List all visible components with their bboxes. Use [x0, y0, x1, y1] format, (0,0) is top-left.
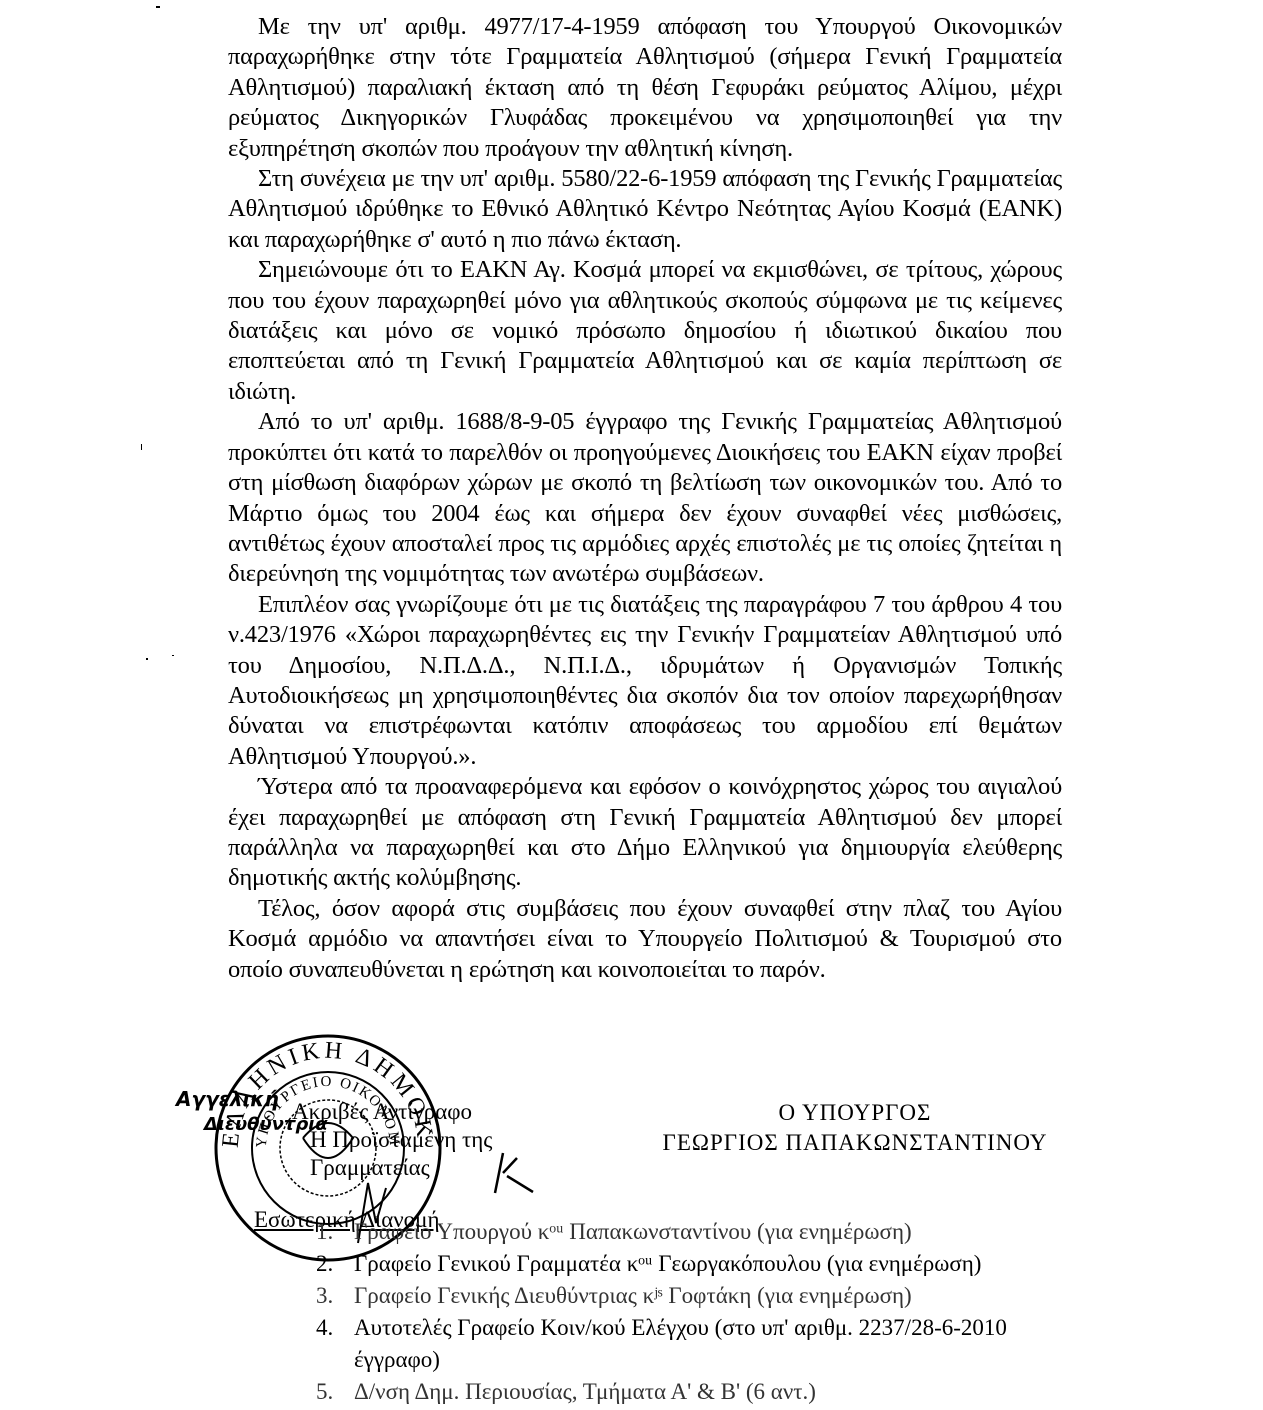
paragraph-6: Ύστερα από τα προαναφερόμενα και εφόσον …	[228, 772, 1062, 894]
paragraph-7: Τέλος, όσον αφορά στις συμβάσεις που έχο…	[228, 894, 1062, 985]
list-item: 5.Δ/νση Δημ. Περιουσίας, Τμήματα Α' & Β'…	[310, 1376, 1070, 1408]
scan-speck	[172, 655, 174, 656]
list-item: 2.Γραφείο Γενικού Γραμματέα κᵒᵘ Γεωργακό…	[310, 1248, 1070, 1280]
document-body: Με την υπ' αριθμ. 4977/17-4-1959 απόφαση…	[228, 12, 1062, 985]
certified-copy-label: Ακριβές Αντίγραφο	[232, 1098, 592, 1126]
minister-name: ΓΕΩΡΓΙΟΣ ΠΑΠΑΚΩΝΣΤΑΝΤΙΝΟΥ	[640, 1128, 1070, 1158]
paragraph-4: Από το υπ' αριθμ. 1688/8-9-05 έγγραφο τη…	[228, 407, 1062, 589]
scan-speck	[156, 6, 160, 8]
scanned-document-page: Με την υπ' αριθμ. 4977/17-4-1959 απόφαση…	[0, 0, 1263, 1410]
signature-initials-icon	[485, 1148, 545, 1198]
minister-signature-block: Ο ΥΠΟΥΡΓΟΣ ΓΕΩΡΓΙΟΣ ΠΑΠΑΚΩΝΣΤΑΝΤΙΝΟΥ	[640, 1098, 1070, 1158]
paragraph-5: Επιπλέον σας γνωρίζουμε ότι με τις διατά…	[228, 590, 1062, 772]
list-item: 1.Γραφείο Υπουργού κᵒᵘ Παπακωνσταντίνου …	[310, 1216, 1070, 1248]
scan-speck	[146, 658, 148, 660]
paragraph-2: Στη συνέχεια με την υπ' αριθμ. 5580/22-6…	[228, 164, 1062, 255]
scan-speck	[141, 444, 142, 450]
list-item: 3.Γραφείο Γενικής Διευθύντριας κʲˢ Γοφτά…	[310, 1280, 1070, 1312]
distribution-list: 1.Γραφείο Υπουργού κᵒᵘ Παπακωνσταντίνου …	[310, 1216, 1070, 1408]
paragraph-1: Με την υπ' αριθμ. 4977/17-4-1959 απόφαση…	[228, 12, 1062, 164]
list-item: 4.Αυτοτελές Γραφείο Κοιν/κού Ελέγχου (στ…	[310, 1312, 1070, 1376]
paragraph-3: Σημειώνουμε ότι το ΕΑΚΝ Αγ. Κοσμά μπορεί…	[228, 255, 1062, 407]
minister-title: Ο ΥΠΟΥΡΓΟΣ	[640, 1098, 1070, 1128]
